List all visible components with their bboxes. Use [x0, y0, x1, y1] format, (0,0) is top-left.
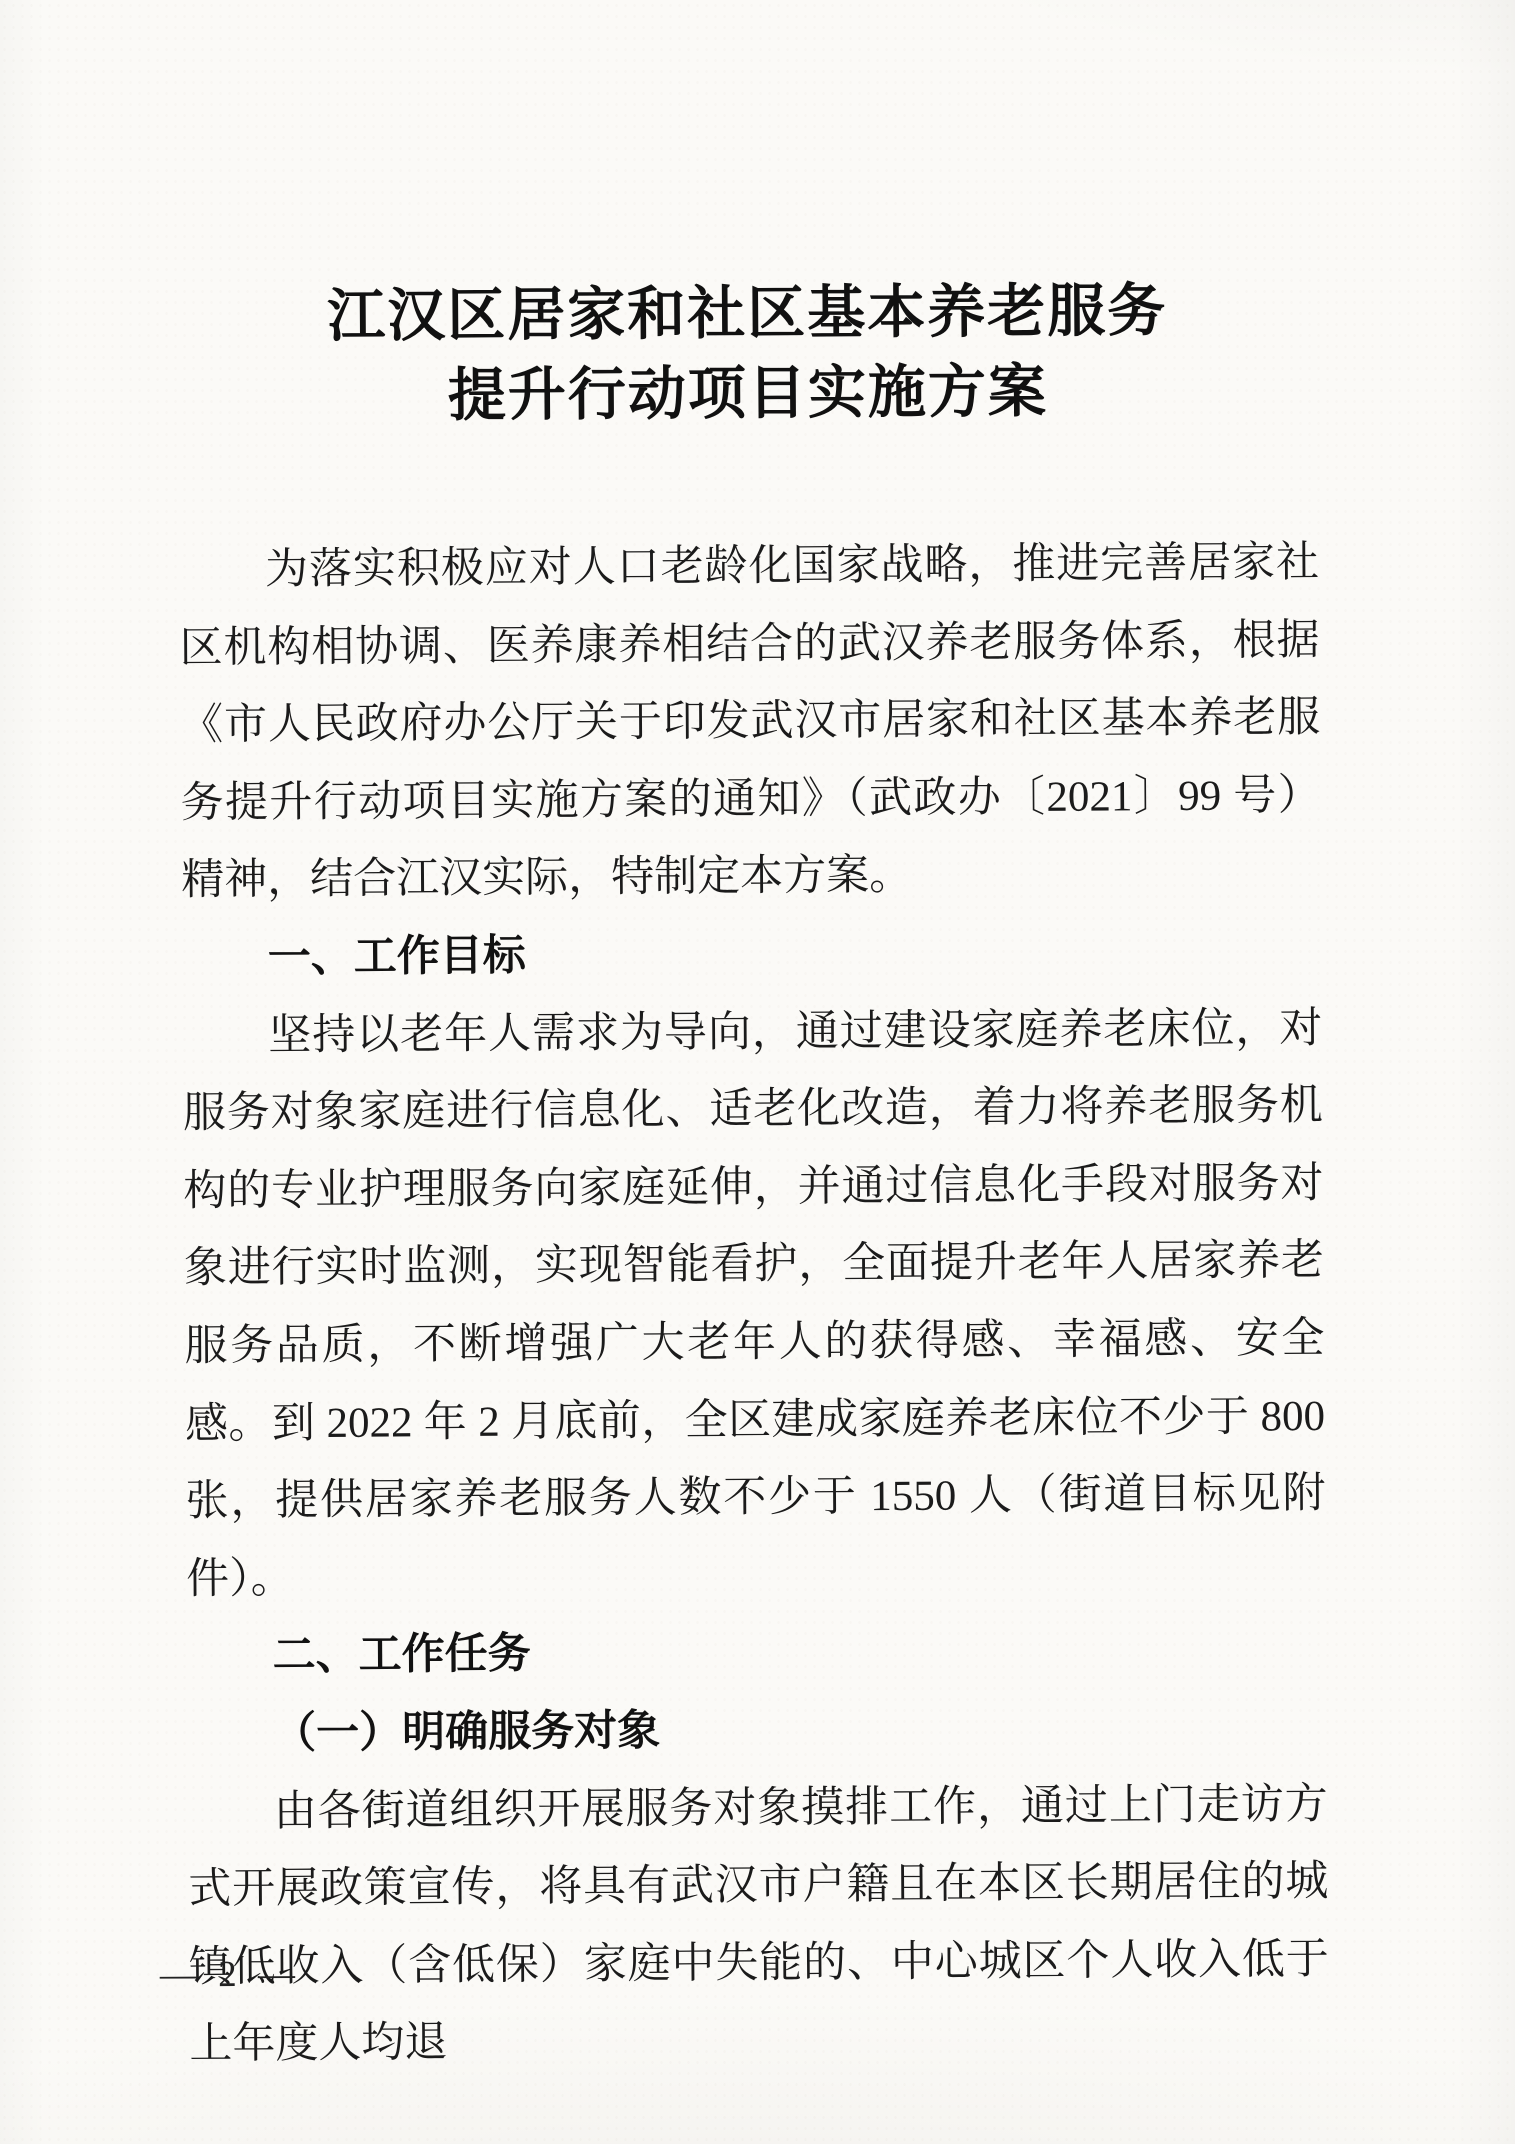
document-title-line-2: 提升行动项目实施方案	[178, 350, 1319, 438]
document-body: 为落实积极应对人口老龄化国家战略，推进完善居家社区机构相协调、医养康养相结合的武…	[179, 524, 1330, 2084]
document-title-line-1: 江汉区居家和社区基本养老服务	[177, 270, 1318, 358]
scanned-document-page: 江汉区居家和社区基本养老服务 提升行动项目实施方案 为落实积极应对人口老龄化国家…	[0, 0, 1515, 2144]
section-heading-work-tasks: 二、工作任务	[186, 1610, 1327, 1696]
work-goals-paragraph: 坚持以老年人需求为导向，通过建设家庭养老床位，对服务对象家庭进行信息化、适老化改…	[182, 990, 1326, 1619]
service-targets-paragraph: 由各街道组织开展服务对象摸排工作，通过上门走访方式开展政策宣传，将具有武汉市户籍…	[187, 1765, 1329, 2083]
subsection-heading-service-targets: （一）明确服务对象	[187, 1688, 1328, 1774]
section-heading-work-goals: 一、工作目标	[181, 912, 1322, 998]
document-content: 江汉区居家和社区基本养老服务 提升行动项目实施方案 为落实积极应对人口老龄化国家…	[177, 270, 1330, 2084]
intro-paragraph: 为落实积极应对人口老龄化国家战略，推进完善居家社区机构相协调、医养康养相结合的武…	[179, 524, 1322, 920]
document-title: 江汉区居家和社区基本养老服务 提升行动项目实施方案	[177, 270, 1318, 438]
page-number: — 2 —	[160, 1953, 301, 1997]
